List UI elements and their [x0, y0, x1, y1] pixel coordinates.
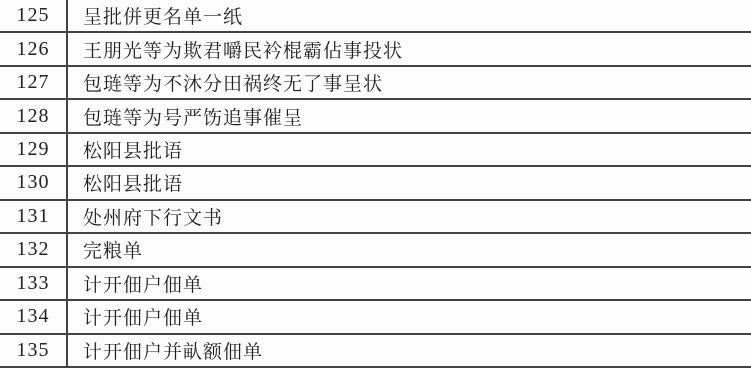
- row-number: 125: [0, 0, 68, 31]
- table-row: 134 计开佃户佃单: [0, 301, 751, 334]
- row-number: 132: [0, 234, 68, 265]
- row-number: 131: [0, 201, 68, 232]
- row-title: 处州府下行文书: [68, 203, 751, 230]
- row-title: 包琏等为不沐分田祸终无了事呈状: [68, 69, 751, 96]
- catalog-table: 125 呈批併更名单一纸 126 王朋光等为欺君嚼民衿棍霸佔事投状 127 包琏…: [0, 0, 751, 368]
- row-number: 134: [0, 301, 68, 332]
- row-number: 126: [0, 33, 68, 64]
- row-title: 松阳县批语: [68, 136, 751, 163]
- row-number: 130: [0, 167, 68, 198]
- row-title: 包琏等为号严饬追事催呈: [68, 103, 751, 130]
- row-title: 计开佃户佃单: [68, 303, 751, 330]
- row-title: 王朋光等为欺君嚼民衿棍霸佔事投状: [68, 36, 751, 63]
- table-row: 125 呈批併更名单一纸: [0, 0, 751, 33]
- row-number: 135: [0, 335, 68, 366]
- table-row: 133 计开佃户佃单: [0, 268, 751, 301]
- row-number: 133: [0, 268, 68, 299]
- row-title: 完粮单: [68, 236, 751, 263]
- row-number: 127: [0, 67, 68, 98]
- table-row: 135 计开佃户并畒额佃单: [0, 335, 751, 368]
- row-number: 128: [0, 100, 68, 131]
- row-title: 呈批併更名单一纸: [68, 2, 751, 29]
- table-row: 131 处州府下行文书: [0, 201, 751, 234]
- table-row: 127 包琏等为不沐分田祸终无了事呈状: [0, 67, 751, 100]
- row-title: 计开佃户并畒额佃单: [68, 337, 751, 364]
- table-row: 130 松阳县批语: [0, 167, 751, 200]
- row-title: 松阳县批语: [68, 169, 751, 196]
- table-row: 126 王朋光等为欺君嚼民衿棍霸佔事投状: [0, 33, 751, 66]
- row-number: 129: [0, 134, 68, 165]
- row-title: 计开佃户佃单: [68, 270, 751, 297]
- table-row: 129 松阳县批语: [0, 134, 751, 167]
- table-row: 132 完粮单: [0, 234, 751, 267]
- table-row: 128 包琏等为号严饬追事催呈: [0, 100, 751, 133]
